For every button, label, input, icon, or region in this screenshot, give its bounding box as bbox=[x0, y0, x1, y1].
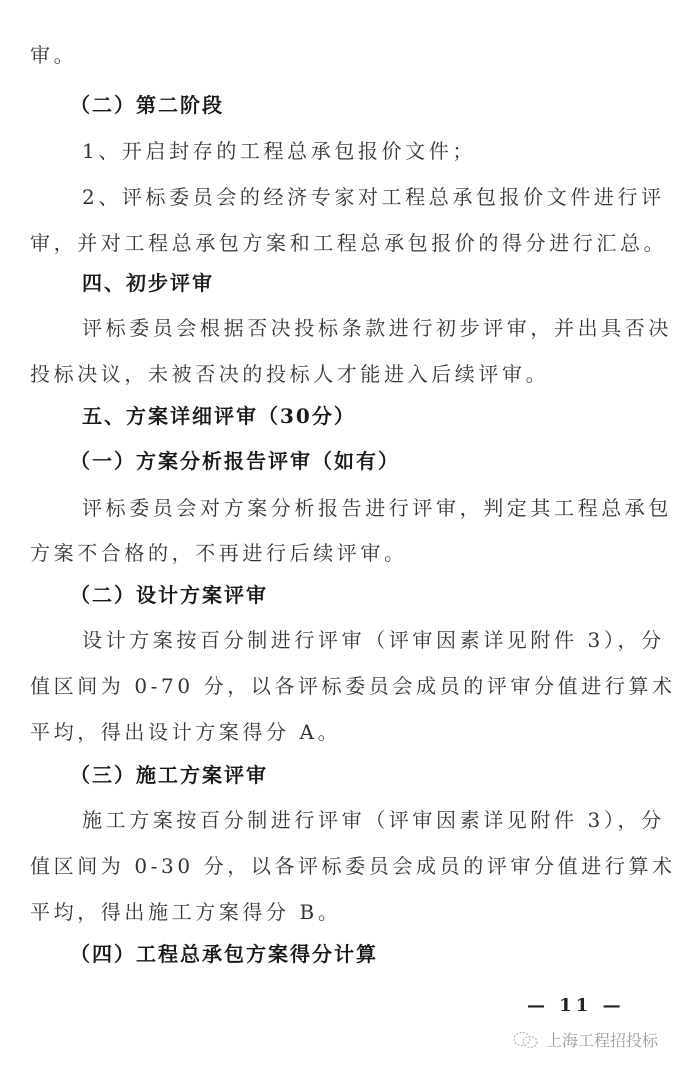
text-line: 平均，得出设计方案得分 A。 bbox=[30, 719, 680, 745]
watermark-label: 上海工程招投标 bbox=[546, 1028, 658, 1051]
text-line: 评标委员会对方案分析报告进行评审，判定其工程总承包 bbox=[82, 495, 680, 521]
text-line: 平均，得出施工方案得分 B。 bbox=[30, 899, 680, 925]
section-heading: （四）工程总承包方案得分计算 bbox=[70, 941, 680, 967]
text-line: 设计方案按百分制进行评审（评审因素详见附件 3），分 bbox=[82, 627, 680, 653]
section-heading: （一）方案分析报告评审（如有） bbox=[70, 448, 680, 474]
section-heading: 四、初步评审 bbox=[82, 270, 680, 296]
text-line: 值区间为 0-70 分，以各评标委员会成员的评审分值进行算术 bbox=[30, 673, 680, 699]
text-line: 2、评标委员会的经济专家对工程总承包报价文件进行评 bbox=[82, 184, 680, 210]
wechat-icon bbox=[512, 1031, 540, 1049]
text-line: 方案不合格的，不再进行后续评审。 bbox=[30, 540, 680, 566]
section-heading: （二）第二阶段 bbox=[70, 92, 680, 118]
text-line: 评标委员会根据否决投标条款进行初步评审，并出具否决 bbox=[82, 315, 680, 341]
section-heading: （三）施工方案评审 bbox=[70, 762, 680, 788]
text-line: 审。 bbox=[30, 42, 680, 68]
page-number: — 11 — bbox=[527, 995, 625, 1016]
text-line: 投标决议，未被否决的投标人才能进入后续评审。 bbox=[30, 361, 680, 387]
text-line: 施工方案按百分制进行评审（评审因素详见附件 3），分 bbox=[82, 807, 680, 833]
section-heading: （二）设计方案评审 bbox=[70, 582, 680, 608]
watermark: 上海工程招投标 bbox=[512, 1028, 658, 1051]
text-line: 1、开启封存的工程总承包报价文件； bbox=[82, 138, 680, 164]
section-heading: 五、方案详细评审（30分） bbox=[82, 403, 680, 429]
text-line: 值区间为 0-30 分，以各评标委员会成员的评审分值进行算术 bbox=[30, 853, 680, 879]
text-line: 审，并对工程总承包方案和工程总承包报价的得分进行汇总。 bbox=[30, 230, 680, 256]
